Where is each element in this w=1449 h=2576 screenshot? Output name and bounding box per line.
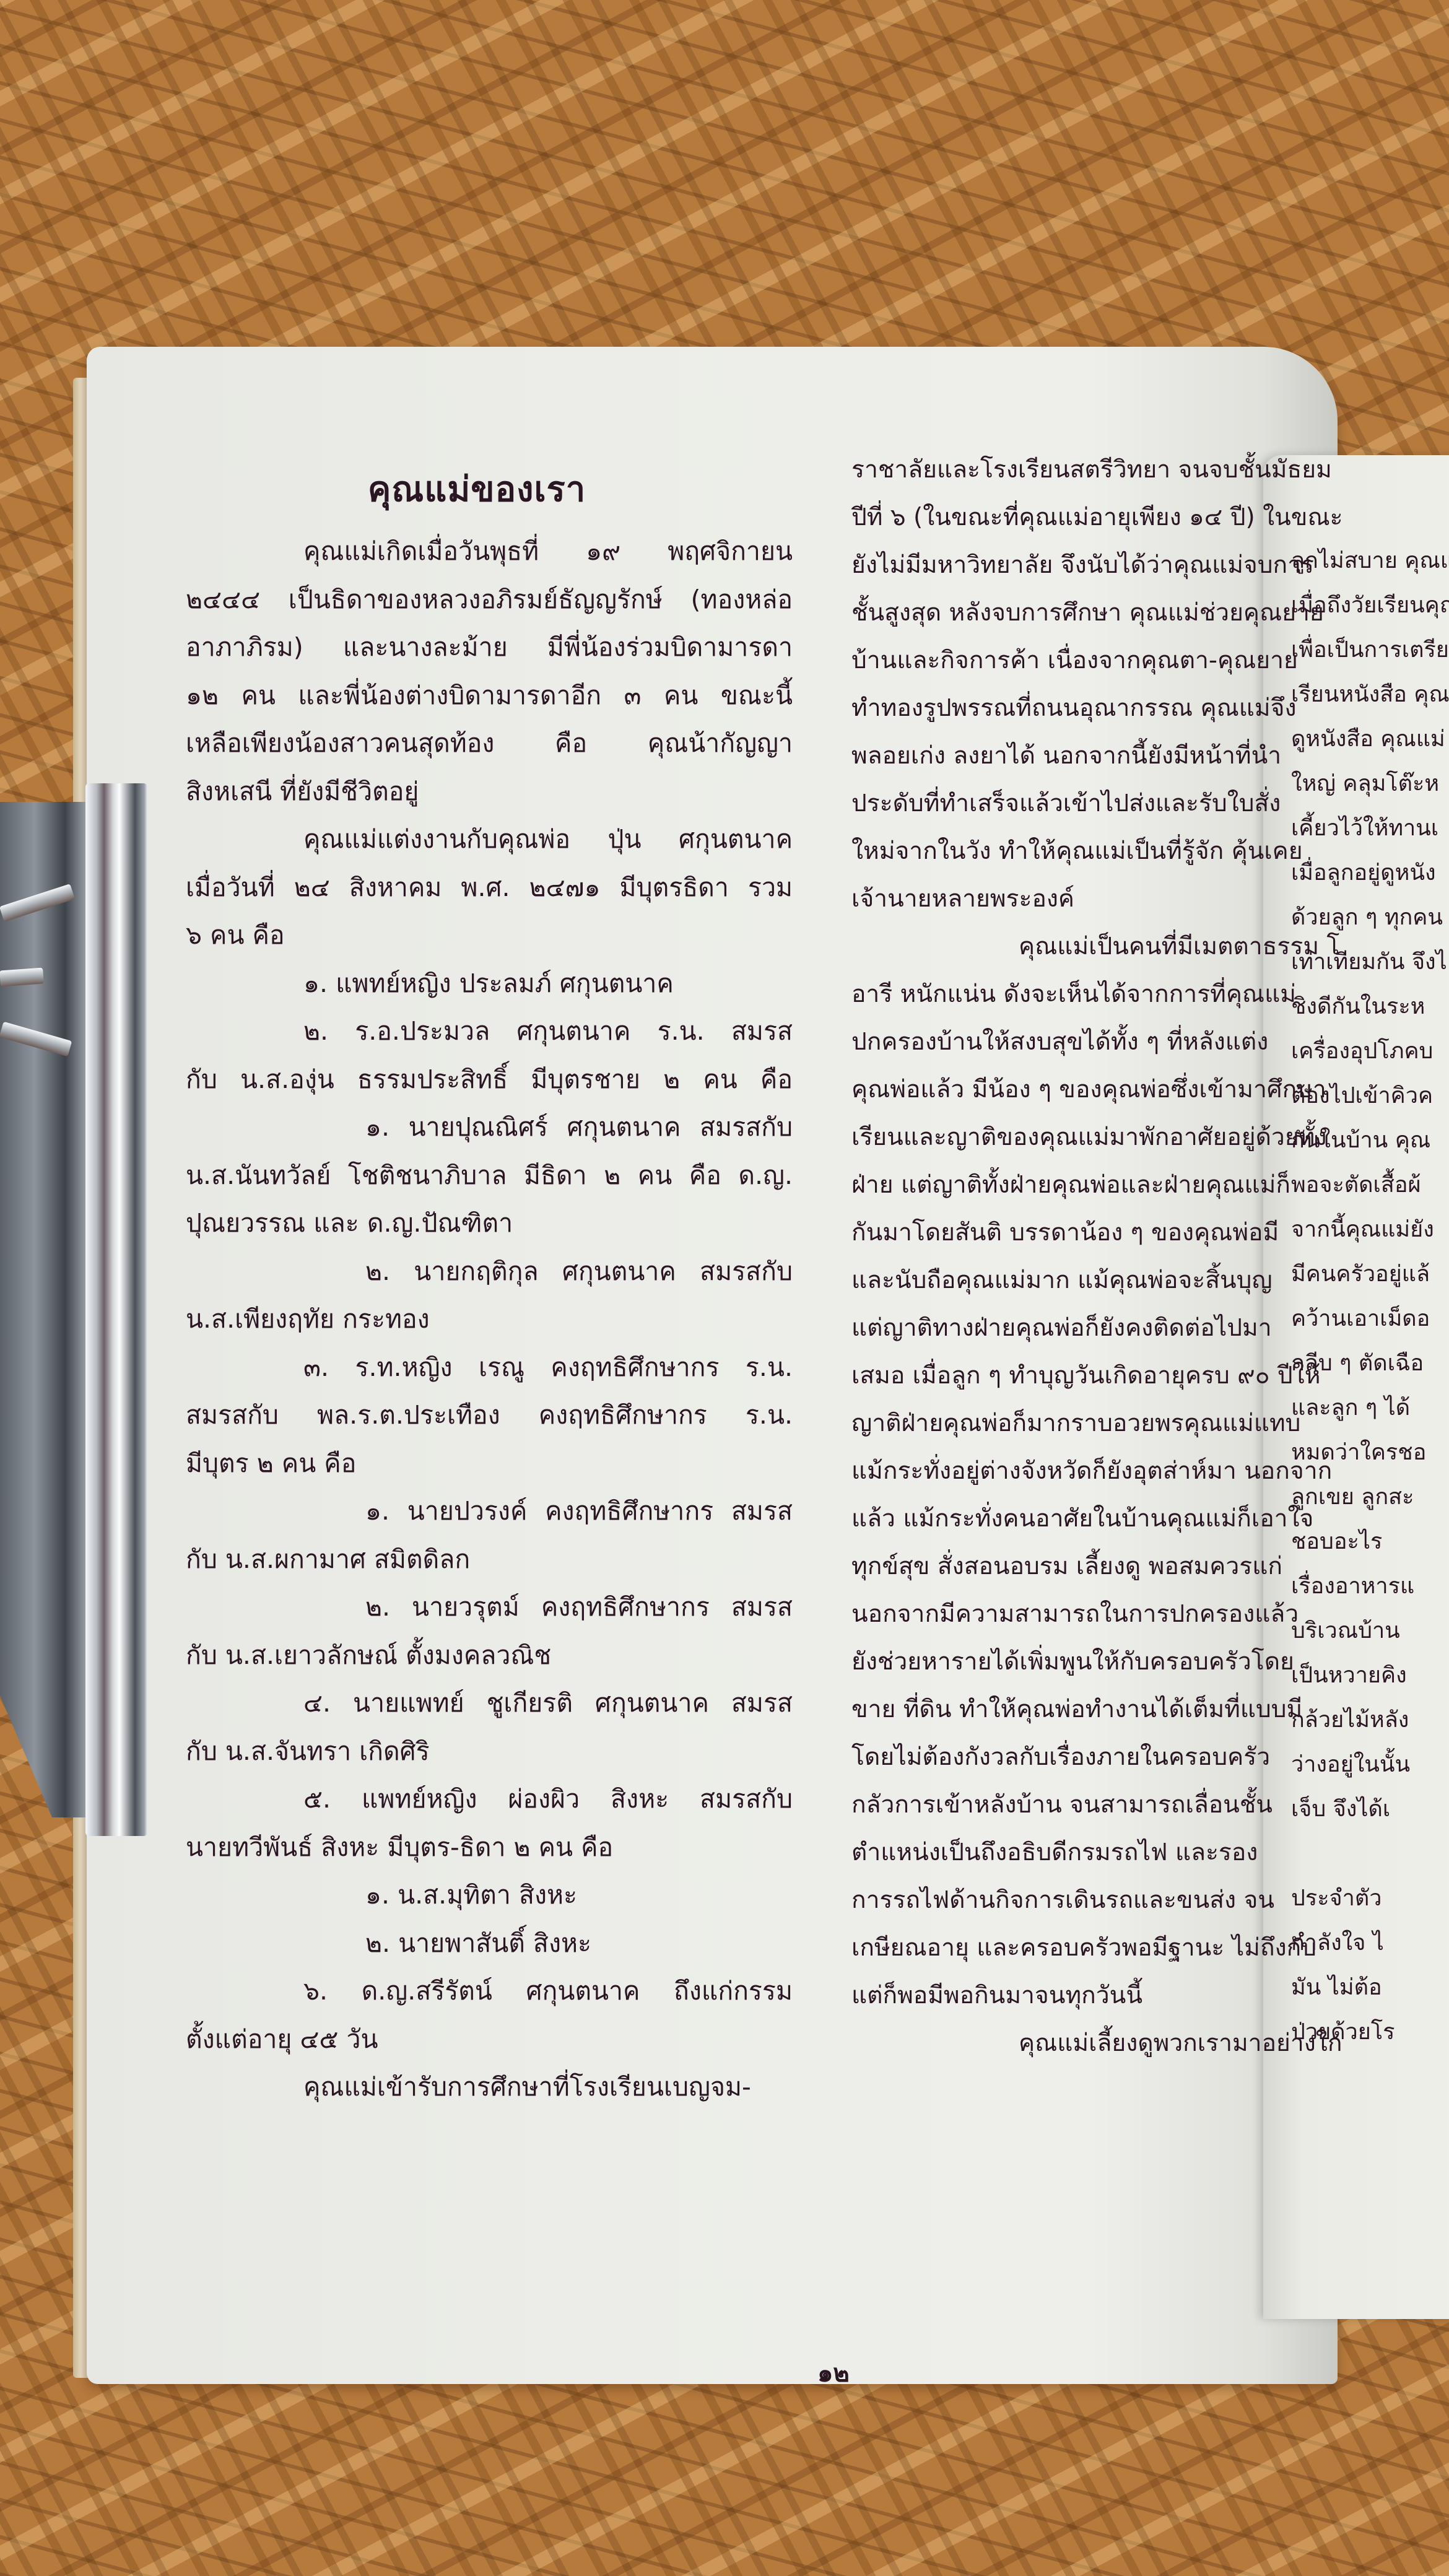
text-line bbox=[1291, 1832, 1449, 1876]
text-line: คุณแม่เป็นคนที่มีเมตตาธรรม โอบ bbox=[851, 923, 1341, 970]
text-line: เสมอ เมื่อลูก ๆ ทำบุญวันเกิดอายุครบ ๙๐ ป… bbox=[851, 1352, 1341, 1399]
text-line: ว่างอยู่ในนั้น bbox=[1291, 1743, 1449, 1787]
text-line: เรียนหนังสือ คุณ bbox=[1291, 672, 1449, 717]
text-line: ๑. นายปวรงค์ คงฤทธิศึกษากร สมรส bbox=[186, 1487, 793, 1536]
text-line: ป่วยด้วยโร bbox=[1291, 2010, 1449, 2055]
clip-slot bbox=[0, 968, 44, 987]
text-line: เหลือเพียงน้องสาวคนสุดท้อง คือ คุณน้ากัญ… bbox=[186, 720, 793, 768]
text-line: ขาย ที่ดิน ทำให้คุณพ่อทำงานได้เต็มที่แบบ… bbox=[851, 1686, 1341, 1733]
text-line: กลัวการเข้าหลังบ้าน จนสามารถเลื่อนชั้น bbox=[851, 1781, 1341, 1829]
text-line: เกษียณอายุ และครอบครัวพอมีฐานะ ไม่ถึงกับ bbox=[851, 1924, 1341, 1972]
text-line: ปกครองบ้านให้สงบสุขได้ทั้ง ๆ ที่หลังแต่ง bbox=[851, 1018, 1341, 1066]
text-line: กำลังใจ ไ bbox=[1291, 1921, 1449, 1965]
text-line: ชั้นสูงสุด หลังจบการศึกษา คุณแม่ช่วยคุณย… bbox=[851, 589, 1341, 637]
text-line: หมดว่าใครชอ bbox=[1291, 1430, 1449, 1475]
text-line: โดยไม่ต้องกังวลกับเรื่องภายในครอบครัว bbox=[851, 1733, 1341, 1781]
page-title: คุณแม่ของเรา bbox=[186, 461, 768, 516]
text-line: เมื่อวันที่ ๒๔ สิงหาคม พ.ศ. ๒๔๗๑ มีบุตรธ… bbox=[186, 864, 793, 912]
text-line: น.ส.นันทวัลย์ โชติชนาภิบาล มีธิดา ๒ คน ค… bbox=[186, 1152, 793, 1200]
text-line: กับ น.ส.ผกามาศ สมิตดิลก bbox=[186, 1536, 793, 1584]
middle-column: ราชาลัยและโรงเรียนสตรีวิทยา จนจบชั้นมัธย… bbox=[851, 446, 1341, 2067]
text-line: ปุณยวรรณ และ ด.ญ.ปัณฑิตา bbox=[186, 1199, 793, 1248]
text-line: ๒. นายกฤติกุล ศกุนตนาค สมรสกับ bbox=[186, 1248, 793, 1296]
text-line: ๒. ร.อ.ประมวล ศกุนตนาค ร.น. สมรส bbox=[186, 1007, 793, 1056]
text-line: เรียนและญาติของคุณแม่มาพักอาศัยอยู่ด้วยท… bbox=[851, 1113, 1341, 1161]
text-line: และลูก ๆ ได้ bbox=[1291, 1386, 1449, 1430]
text-line: ยังไม่มีมหาวิทยาลัย จึงนับได้ว่าคุณแม่จบ… bbox=[851, 541, 1341, 589]
text-line: พลอยเก่ง ลงยาได้ นอกจากนี้ยังมีหน้าที่นำ bbox=[851, 732, 1341, 780]
text-line: ลูกเขย ลูกสะ bbox=[1291, 1475, 1449, 1520]
text-line: เคี้ยวไว้ให้ทานเ bbox=[1291, 806, 1449, 851]
text-line: พอจะตัดเสื้อผ้ bbox=[1291, 1163, 1449, 1207]
text-line: ญาติฝ่ายคุณพ่อก็มากราบอวยพรคุณแม่แทบ bbox=[851, 1399, 1341, 1447]
text-line: ราชาลัยและโรงเรียนสตรีวิทยา จนจบชั้นมัธย… bbox=[851, 446, 1341, 494]
text-line: ๒. นายวรุตม์ คงฤทธิศึกษากร สมรส bbox=[186, 1583, 793, 1632]
text-line: มัน ไม่ต้อ bbox=[1291, 1965, 1449, 2010]
text-line: ๑. แพทย์หญิง ประลมภ์ ศกุนตนาค bbox=[186, 960, 793, 1008]
text-line: บ้านและกิจการค้า เนื่องจากคุณตา-คุณยาย bbox=[851, 637, 1341, 684]
text-line: ตำแหน่งเป็นถึงอธิบดีกรมรถไฟ และรอง bbox=[851, 1829, 1341, 1876]
text-line: ชอบอะไร bbox=[1291, 1520, 1449, 1564]
text-line: มีคนครัวอยู่แล้ bbox=[1291, 1252, 1449, 1297]
text-line: กับ น.ส.จันทรา เกิดศิริ bbox=[186, 1728, 793, 1776]
text-line: เรื่องอาหารแ bbox=[1291, 1564, 1449, 1609]
text-line: คุณแม่เข้ารับการศึกษาที่โรงเรียนเบญจม- bbox=[186, 2063, 793, 2112]
text-line: กลีบ ๆ ตัดเฉือ bbox=[1291, 1341, 1449, 1386]
text-line: เมื่อลูกอยู่ดูหนัง bbox=[1291, 851, 1449, 895]
text-line: มีบุตร ๒ คน คือ bbox=[186, 1440, 793, 1488]
text-line: ดูหนังสือ คุณแม่ bbox=[1291, 717, 1449, 762]
right-column-body: ลูกไม่สบาย คุณแม่เมื่อถึงวัยเรียนคุณเพื่… bbox=[1291, 539, 1449, 2055]
text-line: เจ็บ จึงได้เ bbox=[1291, 1787, 1449, 1832]
right-column-partial: ลูกไม่สบาย คุณแม่เมื่อถึงวัยเรียนคุณเพื่… bbox=[1291, 539, 1449, 2055]
text-line: นอกจากมีความสามารถในการปกครองแล้ว bbox=[851, 1590, 1341, 1638]
text-line: ยังช่วยหารายได้เพิ่มพูนให้กับครอบครัวโดย bbox=[851, 1638, 1341, 1686]
text-line: ปีที่ ๖ (ในขณะที่คุณแม่อายุเพียง ๑๔ ปี) … bbox=[851, 494, 1341, 541]
text-line: แม้กระทั่งอยู่ต่างจังหวัดก็ยังอุตส่าห์มา… bbox=[851, 1447, 1341, 1495]
text-line: ใหม่จากในวัง ทำให้คุณแม่เป็นที่รู้จัก คุ… bbox=[851, 827, 1341, 875]
text-line: ฝ่าย แต่ญาติทั้งฝ่ายคุณพ่อและฝ่ายคุณแม่ก… bbox=[851, 1161, 1341, 1209]
text-line: ๒. นายพาสันติ์ สิงหะ bbox=[186, 1920, 793, 1968]
text-line: คุณแม่เกิดเมื่อวันพุธที่ ๑๙ พฤศจิกายน bbox=[186, 528, 793, 576]
text-line: ชิงดีกันในระห bbox=[1291, 985, 1449, 1029]
text-line: อารี หนักแน่น ดังจะเห็นได้จากการที่คุณแม… bbox=[851, 970, 1341, 1018]
text-line: ๕. แพทย์หญิง ผ่องผิว สิงหะ สมรสกับ bbox=[186, 1775, 793, 1824]
text-line: ลูกไม่สบาย คุณแม่ bbox=[1291, 539, 1449, 583]
text-line: ๑. น.ส.มุทิตา สิงหะ bbox=[186, 1871, 793, 1920]
page-number: ๑๒ bbox=[817, 2353, 850, 2393]
text-line: เท่าเทียมกัน จึงไ bbox=[1291, 940, 1449, 985]
text-line: บริเวณบ้าน bbox=[1291, 1609, 1449, 1653]
text-line: นายทวีพันธ์ สิงหะ มีบุตร-ธิดา ๒ คน คือ bbox=[186, 1824, 793, 1872]
text-line: ๖ คน คือ bbox=[186, 912, 793, 960]
text-line: สิงหเสนี ที่ยังมีชีวิตอยู่ bbox=[186, 768, 793, 816]
text-line: ทำทองรูปพรรณที่ถนนอุณากรรณ คุณแม่จึง bbox=[851, 684, 1341, 732]
text-line: ทุกข์สุข สั่งสอนอบรม เลี้ยงดู พอสมควรแก่ bbox=[851, 1543, 1341, 1590]
text-line: ๒๔๔๔ เป็นธิดาของหลวงอภิรมย์ธัญญรักษ์ (ทอ… bbox=[186, 576, 793, 624]
text-line: ๓. ร.ท.หญิง เรณู คงฤทธิศึกษากร ร.น. bbox=[186, 1344, 793, 1392]
clip-bar bbox=[85, 783, 147, 1836]
middle-column-body: ราชาลัยและโรงเรียนสตรีวิทยา จนจบชั้นมัธย… bbox=[851, 446, 1341, 2067]
text-line: กันในบ้าน คุณ bbox=[1291, 1118, 1449, 1163]
clip-plate bbox=[0, 802, 87, 1817]
text-line: แต่ญาติทางฝ่ายคุณพ่อก็ยังคงติดต่อไปมา bbox=[851, 1304, 1341, 1352]
text-line: เมื่อถึงวัยเรียนคุณ bbox=[1291, 583, 1449, 628]
text-line: ๑. นายปุณณิศร์ ศกุนตนาค สมรสกับ bbox=[186, 1103, 793, 1152]
text-line: คว้านเอาเม็ดอ bbox=[1291, 1297, 1449, 1341]
text-line: ๔. นายแพทย์ ชูเกียรติ ศกุนตนาค สมรส bbox=[186, 1679, 793, 1728]
text-line: เครื่องอุปโภคบ bbox=[1291, 1029, 1449, 1074]
text-line: สมรสกับ พล.ร.ต.ประเทือง คงฤทธิศึกษากร ร.… bbox=[186, 1391, 793, 1440]
text-line: กันมาโดยสันติ บรรดาน้อง ๆ ของคุณพ่อมี bbox=[851, 1209, 1341, 1256]
text-line: และนับถือคุณแม่มาก แม้คุณพ่อจะสิ้นบุญ bbox=[851, 1256, 1341, 1304]
text-line: เป็นหวายคิง bbox=[1291, 1653, 1449, 1698]
text-line: แต่ก็พอมีพอกินมาจนทุกวันนี้ bbox=[851, 1972, 1341, 2019]
metal-clip bbox=[0, 783, 149, 1836]
text-line: จากนี้คุณแม่ยัง bbox=[1291, 1207, 1449, 1252]
text-line: ๑๒ คน และพี่น้องต่างบิดามารดาอีก ๓ คน ขณ… bbox=[186, 672, 793, 720]
left-column-body: คุณแม่เกิดเมื่อวันพุธที่ ๑๙ พฤศจิกายน๒๔๔… bbox=[186, 528, 793, 2112]
text-line: ใหญ่ คลุมโต๊ะห bbox=[1291, 762, 1449, 806]
text-line: เจ้านายหลายพระองค์ bbox=[851, 875, 1341, 923]
text-line: ต้องไปเข้าคิวค bbox=[1291, 1074, 1449, 1118]
text-line: ประจำตัว bbox=[1291, 1876, 1449, 1921]
text-line: น.ส.เพียงฤทัย กระทอง bbox=[186, 1295, 793, 1344]
text-line: อาภาภิรม) และนางละม้าย มีพี่น้องร่วมบิดา… bbox=[186, 624, 793, 672]
text-line: ๖. ด.ญ.สรีรัตน์ ศกุนตนาค ถึงแก่กรรม bbox=[186, 1967, 793, 2016]
text-line: กับ น.ส.เยาวลักษณ์ ตั้งมงคลวณิช bbox=[186, 1632, 793, 1680]
text-line: คุณแม่แต่งงานกับคุณพ่อ ปุ่น ศกุนตนาค bbox=[186, 816, 793, 864]
text-line: คุณพ่อแล้ว มีน้อง ๆ ของคุณพ่อซึ่งเข้ามาศ… bbox=[851, 1066, 1341, 1113]
text-line: เพื่อเป็นการเตรียม bbox=[1291, 628, 1449, 672]
text-line: กับ น.ส.องุ่น ธรรมประสิทธิ์ มีบุตรชาย ๒ … bbox=[186, 1056, 793, 1104]
left-column: คุณแม่ของเรา คุณแม่เกิดเมื่อวันพุธที่ ๑๙… bbox=[186, 461, 793, 2112]
text-line: ด้วยลูก ๆ ทุกคน bbox=[1291, 895, 1449, 940]
text-line: คุณแม่เลี้ยงดูพวกเรามาอย่างใกล้ชิด bbox=[851, 2019, 1341, 2067]
text-line: แล้ว แม้กระทั่งคนอาศัยในบ้านคุณแม่ก็เอาใ… bbox=[851, 1495, 1341, 1543]
text-line: ตั้งแต่อายุ ๔๕ วัน bbox=[186, 2016, 793, 2064]
text-line: กล้วยไม้หลัง bbox=[1291, 1698, 1449, 1743]
text-line: ประดับที่ทำเสร็จแล้วเข้าไปส่งและรับใบสั่… bbox=[851, 780, 1341, 827]
text-line: การรถไฟด้านกิจการเดินรถและขนส่ง จน bbox=[851, 1876, 1341, 1924]
